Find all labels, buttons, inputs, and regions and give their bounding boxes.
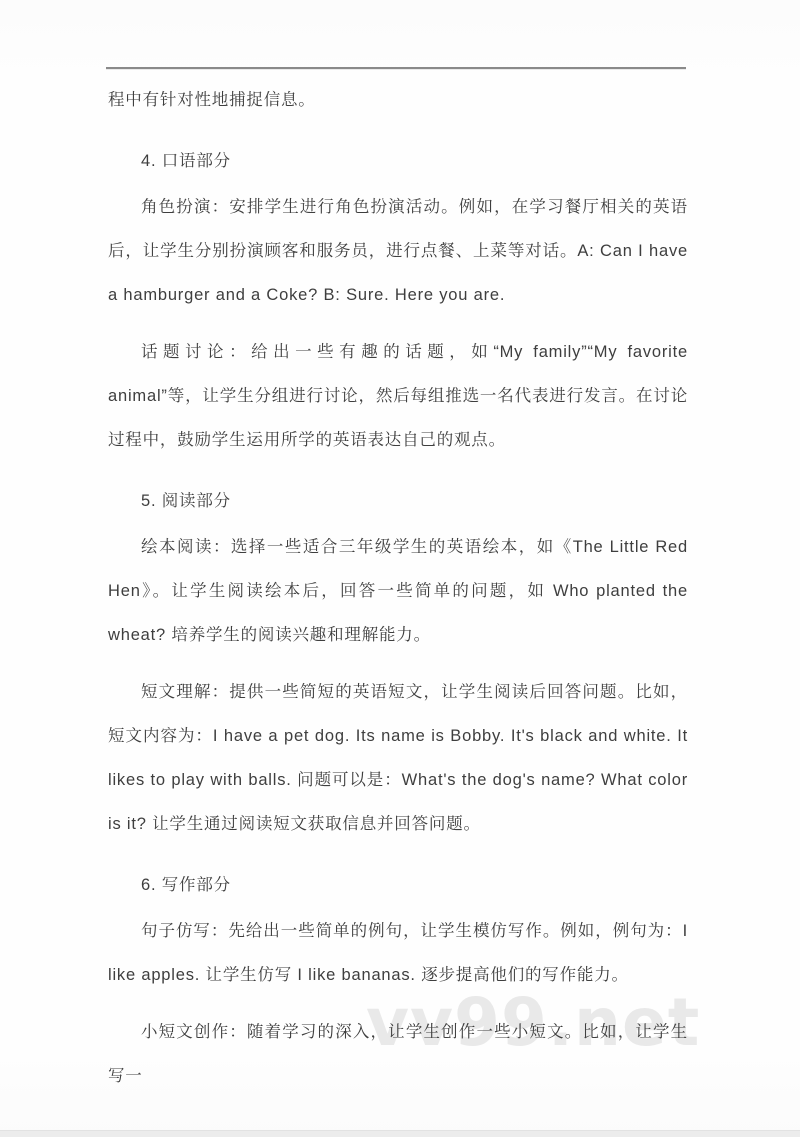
document-content: 程中有针对性地捕捉信息。 4. 口语部分 角色扮演：安排学生进行角色扮演活动。例… bbox=[108, 78, 688, 1111]
paragraph-passage-comprehension: 短文理解：提供一些简短的英语短文，让学生阅读后回答问题。比如，短文内容为：I h… bbox=[108, 670, 688, 846]
document-page: vv99.net 程中有针对性地捕捉信息。 4. 口语部分 角色扮演：安排学生进… bbox=[0, 0, 800, 1137]
page-header-rule bbox=[106, 67, 686, 69]
paragraph-continuation: 程中有针对性地捕捉信息。 bbox=[108, 78, 688, 122]
paragraph-short-essay-creation: 小短文创作：随着学习的深入，让学生创作一些小短文。比如，让学生写一 bbox=[108, 1010, 688, 1098]
paragraph-picture-book-reading: 绘本阅读：选择一些适合三年级学生的英语绘本，如《The Little Red H… bbox=[108, 525, 688, 657]
paragraph-topic-discussion: 话题讨论：给出一些有趣的话题，如“My family”“My favorite … bbox=[108, 330, 688, 462]
section-heading-speaking: 4. 口语部分 bbox=[108, 139, 688, 183]
paragraph-sentence-imitation: 句子仿写：先给出一些简单的例句，让学生模仿写作。例如，例句为：I like ap… bbox=[108, 909, 688, 997]
paragraph-role-play: 角色扮演：安排学生进行角色扮演活动。例如，在学习餐厅相关的英语后，让学生分别扮演… bbox=[108, 185, 688, 317]
section-heading-writing: 6. 写作部分 bbox=[108, 863, 688, 907]
page-bottom-edge bbox=[0, 1130, 800, 1137]
section-heading-reading: 5. 阅读部分 bbox=[108, 479, 688, 523]
